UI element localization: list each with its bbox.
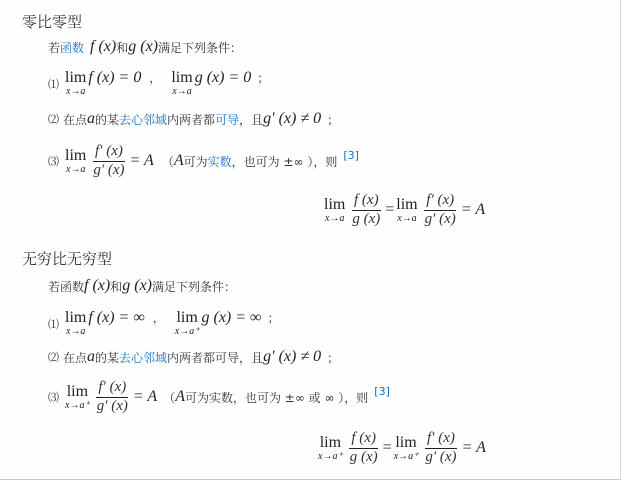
- condition-1: ⑴ limx→a f (x) = ∞ ， limx→a⁺ g (x) = ∞ ；: [48, 310, 279, 337]
- text: 的某: [95, 349, 119, 366]
- text: ；: [327, 111, 339, 128]
- condition-number: ⑶: [48, 153, 59, 169]
- text: 内两者都: [167, 111, 215, 128]
- math-expr: = A: [461, 201, 485, 219]
- condition-3: ⑶ limx→a⁺ f′ (x)g′ (x) = A （ A 可为实数，也可为 …: [48, 380, 390, 415]
- text: 和: [110, 278, 122, 295]
- lim-sub: x→a: [397, 214, 416, 224]
- limit: limx→a⁺: [175, 310, 200, 337]
- link-function[interactable]: 函数: [60, 39, 84, 56]
- math-g: g (x): [128, 38, 158, 56]
- text: ，也可为 ±∞ ），则: [232, 153, 338, 170]
- lim-sub: x→a: [325, 214, 344, 224]
- text: 的某: [95, 111, 119, 128]
- intro-line-2: 若函数 f (x) 和 g (x) 满足下列条件：: [48, 277, 236, 295]
- denominator: g (x): [350, 211, 382, 228]
- text: 满足下列条件：: [158, 39, 242, 56]
- text: 可为: [184, 153, 208, 170]
- text: ；: [257, 69, 269, 86]
- text: 在点: [63, 111, 87, 128]
- lim-label: lim: [67, 384, 88, 400]
- limit: limx→a: [396, 197, 417, 224]
- condition-2: ⑵ 在点 a 的某 去心邻域 内两者都 可导 ，且 g′ (x) ≠ 0 ；: [48, 110, 339, 128]
- link-differentiable[interactable]: 可导: [215, 111, 239, 128]
- math-expr: f (x) = 0: [88, 69, 141, 87]
- text: 可为实数，也可为 ±∞ 或 ∞ ），则: [185, 389, 368, 406]
- intro-line-1: 若 函数 f (x) 和 g (x) 满足下列条件：: [48, 38, 242, 56]
- limit: limx→a: [65, 310, 86, 337]
- result-formula: limx→a f (x)g (x) = limx→a f′ (x)g′ (x) …: [322, 193, 485, 228]
- lim-sub: x→a: [172, 87, 191, 97]
- lim-sub: x→a⁺: [394, 452, 419, 462]
- link-deleted-neighborhood[interactable]: 去心邻域: [119, 111, 167, 128]
- limit: limx→a⁺: [318, 435, 343, 462]
- denominator: g (x): [348, 449, 380, 466]
- equals: =: [383, 439, 392, 457]
- text: ，: [153, 309, 165, 326]
- condition-2: ⑵ 在点 a 的某 去心邻域 内两者都可导，且 g′ (x) ≠ 0 ；: [48, 348, 339, 366]
- denominator: g′ (x): [423, 449, 458, 466]
- numerator: f′ (x): [96, 380, 128, 398]
- condition-number: ⑵: [48, 111, 59, 127]
- math-expr: f (x) = ∞: [88, 309, 144, 327]
- numerator: f′ (x): [93, 144, 125, 162]
- text: ；: [327, 349, 339, 366]
- limit: limx→a⁺: [65, 384, 90, 411]
- text: （: [162, 153, 174, 170]
- numerator: f (x): [352, 193, 381, 211]
- fraction: f (x)g (x): [348, 431, 380, 466]
- math-expr: g (x) = 0: [195, 69, 252, 87]
- lim-sub: x→a: [66, 165, 85, 175]
- equals: =: [385, 201, 394, 219]
- math-A: A: [174, 152, 184, 170]
- fraction: f (x)g (x): [350, 193, 382, 228]
- denominator: g′ (x): [91, 162, 126, 179]
- math-expr: g′ (x) ≠ 0: [263, 110, 321, 128]
- condition-1: ⑴ limx→a f (x) = 0 ， limx→a g (x) = 0 ；: [48, 70, 269, 97]
- lim-label: lim: [65, 148, 86, 164]
- condition-number: ⑴: [48, 76, 59, 92]
- limit: limx→a: [65, 70, 86, 97]
- math-expr: = A: [462, 439, 486, 457]
- text: ，: [149, 69, 161, 86]
- numerator: f′ (x): [424, 193, 456, 211]
- limit: limx→a: [171, 70, 192, 97]
- limit: limx→a: [324, 197, 345, 224]
- denominator: g′ (x): [95, 398, 130, 415]
- reference-link[interactable]: [3]: [374, 385, 390, 398]
- link-deleted-neighborhood[interactable]: 去心邻域: [119, 349, 167, 366]
- text: 若函数: [48, 278, 84, 295]
- result-formula: limx→a⁺ f (x)g (x) = limx→a⁺ f′ (x)g′ (x…: [316, 431, 486, 466]
- text: ，且: [239, 111, 263, 128]
- text: 和: [116, 39, 128, 56]
- text: 满足下列条件：: [152, 278, 236, 295]
- lim-sub: x→a: [66, 327, 85, 337]
- fraction: f′ (x)g′ (x): [95, 380, 130, 415]
- math-a: a: [87, 110, 95, 128]
- text: 内两者都可导，且: [167, 349, 263, 366]
- condition-number: ⑶: [48, 389, 59, 405]
- text: ；: [267, 309, 279, 326]
- lim-sub: x→a⁺: [65, 401, 90, 411]
- math-expr: g (x) = ∞: [201, 309, 261, 327]
- lim-label: lim: [395, 435, 416, 451]
- lim-label: lim: [176, 310, 197, 326]
- limit: limx→a: [65, 148, 86, 175]
- fraction: f′ (x)g′ (x): [423, 193, 458, 228]
- link-real-number[interactable]: 实数: [208, 153, 232, 170]
- lim-sub: x→a: [66, 87, 85, 97]
- lim-sub: x→a⁺: [318, 452, 343, 462]
- lim-label: lim: [324, 197, 345, 213]
- lim-label: lim: [65, 310, 86, 326]
- fraction: f′ (x)g′ (x): [91, 144, 126, 179]
- condition-number: ⑵: [48, 349, 59, 365]
- denominator: g′ (x): [423, 211, 458, 228]
- lim-label: lim: [320, 435, 341, 451]
- math-expr: = A: [130, 152, 154, 170]
- text: 若: [48, 39, 60, 56]
- condition-number: ⑴: [48, 316, 59, 332]
- lim-label: lim: [396, 197, 417, 213]
- reference-link[interactable]: [3]: [343, 149, 359, 162]
- math-expr: g′ (x) ≠ 0: [263, 348, 321, 366]
- condition-3: ⑶ limx→a f′ (x)g′ (x) = A （ A 可为 实数 ，也可为…: [48, 144, 359, 179]
- math-g: g (x): [122, 277, 152, 295]
- section-title-zero-over-zero: 零比零型: [22, 11, 82, 32]
- text: 在点: [63, 349, 87, 366]
- section-title-inf-over-inf: 无穷比无穷型: [22, 248, 112, 269]
- numerator: f′ (x): [425, 431, 457, 449]
- math-f: f (x): [84, 277, 110, 295]
- lim-label: lim: [65, 70, 86, 86]
- math-f: f (x): [90, 38, 116, 56]
- text: （: [163, 389, 175, 406]
- fraction: f′ (x)g′ (x): [423, 431, 458, 466]
- lim-label: lim: [171, 70, 192, 86]
- math-A: A: [175, 388, 185, 406]
- math-a: a: [87, 348, 95, 366]
- lim-sub: x→a⁺: [175, 327, 200, 337]
- limit: limx→a⁺: [394, 435, 419, 462]
- numerator: f (x): [349, 431, 378, 449]
- math-expr: = A: [133, 388, 157, 406]
